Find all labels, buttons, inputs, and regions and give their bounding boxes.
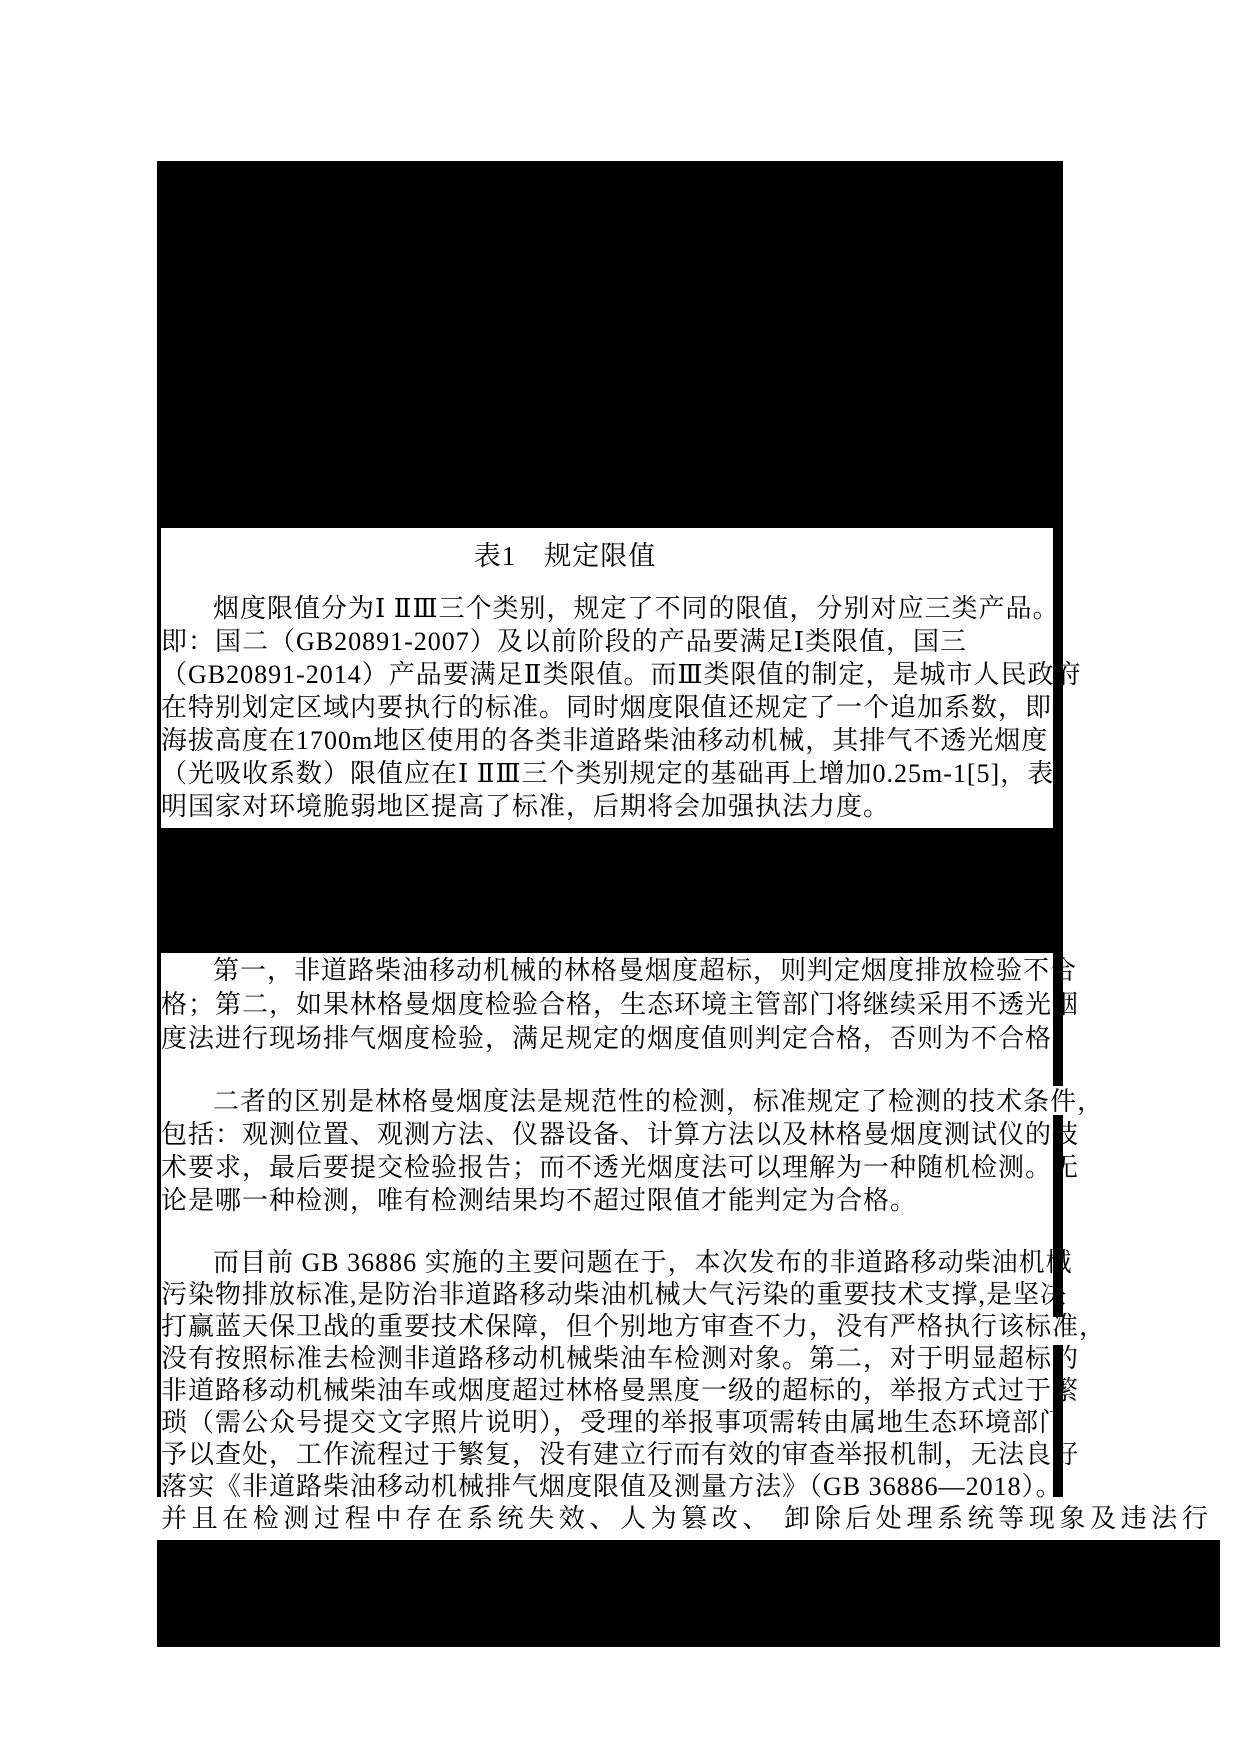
text-line: 污染物排放标准,是防治非道路移动柴油机械大气污染的重要技术支撑,是坚决 [161, 1279, 1045, 1311]
paragraph-4: 而目前 GB 36886 实施的主要问题在于，本次发布的非道路移动柴油机械污染物… [161, 1247, 1045, 1535]
text-line: 即：国二（GB20891-2007）及以前阶段的产品要满足Ⅰ类限值，国三 [161, 625, 1045, 658]
table-caption: 表1 规定限值 [123, 534, 1007, 568]
text-line: 论是哪一种检测，唯有检测结果均不超过限值才能判定为合格。 [161, 1184, 1045, 1217]
document-page: 表1 规定限值 烟度限值分为Ⅰ ⅡⅢ三个类别，规定了不同的限值，分别对应三类产品… [0, 0, 1240, 1754]
text-line: 烟度限值分为Ⅰ ⅡⅢ三个类别，规定了不同的限值，分别对应三类产品。 [161, 592, 1045, 625]
text-line: 第一，非道路柴油移动机械的林格曼烟度超标，则判定烟度排放检验不合 [161, 954, 1045, 988]
text-line: 度法进行现场排气烟度检验，满足规定的烟度值则判定合格，否则为不合格。 [161, 1022, 1045, 1056]
text-line: 术要求，最后要提交检验报告；而不透光烟度法可以理解为一种随机检测。无 [161, 1151, 1045, 1184]
redaction-block-bottom [157, 1540, 1220, 1647]
paragraph-3: 二者的区别是林格曼烟度法是规范性的检测，标准规定了检测的技术条件，包括：观测位置… [161, 1085, 1045, 1217]
text-line: 在特别划定区域内要执行的标准。同时烟度限值还规定了一个追加系数，即： [161, 691, 1045, 724]
paragraph-2: 第一，非道路柴油移动机械的林格曼烟度超标，则判定烟度排放检验不合格；第二，如果林… [161, 954, 1045, 1056]
text-line: 打赢蓝天保卫战的重要技术保障，但个别地方审查不力，没有严格执行该标准， [161, 1311, 1045, 1343]
redaction-block-top [157, 161, 1063, 528]
text-line: 明国家对环境脆弱地区提高了标准，后期将会加强执法力度。 [161, 790, 1045, 823]
text-line: 没有按照标准去检测非道路移动机械柴油车检测对象。第二，对于明显超标的 [161, 1343, 1045, 1375]
text-line: 并且在检测过程中存在系统失效、人为篡改、 卸除后处理系统等现象及违法行 [161, 1503, 1045, 1535]
text-line: 予以查处，工作流程过于繁复，没有建立行而有效的审查举报机制，无法良好 [161, 1439, 1045, 1471]
text-line: 海拔高度在1700m地区使用的各类非道路柴油移动机械，其排气不透光烟度 [161, 724, 1045, 757]
text-line: 落实《非道路柴油移动机械排气烟度限值及测量方法》（GB 36886—2018）。 [161, 1471, 1045, 1503]
text-line: 琐（需公众号提交文字照片说明），受理的举报事项需转由属地生态环境部门 [161, 1407, 1045, 1439]
text-line: 包括：观测位置、观测方法、仪器设备、计算方法以及林格曼烟度测试仪的技 [161, 1118, 1045, 1151]
text-line: （光吸收系数）限值应在Ⅰ ⅡⅢ三个类别规定的基础再上增加0.25m-1[5]，表 [161, 757, 1045, 790]
text-line: 二者的区别是林格曼烟度法是规范性的检测，标准规定了检测的技术条件， [161, 1085, 1045, 1118]
paragraph-1: 烟度限值分为Ⅰ ⅡⅢ三个类别，规定了不同的限值，分别对应三类产品。即：国二（GB… [161, 592, 1045, 823]
redaction-block-middle [157, 828, 1063, 953]
text-line: 格；第二，如果林格曼烟度检验合格，生态环境主管部门将继续采用不透光烟 [161, 988, 1045, 1022]
text-line: 而目前 GB 36886 实施的主要问题在于，本次发布的非道路移动柴油机械 [161, 1247, 1045, 1279]
text-line: （GB20891-2014）产品要满足Ⅱ类限值。而Ⅲ类限值的制定，是城市人民政府 [161, 658, 1045, 691]
text-line: 非道路移动机械柴油车或烟度超过林格曼黑度一级的超标的，举报方式过于繁 [161, 1375, 1045, 1407]
